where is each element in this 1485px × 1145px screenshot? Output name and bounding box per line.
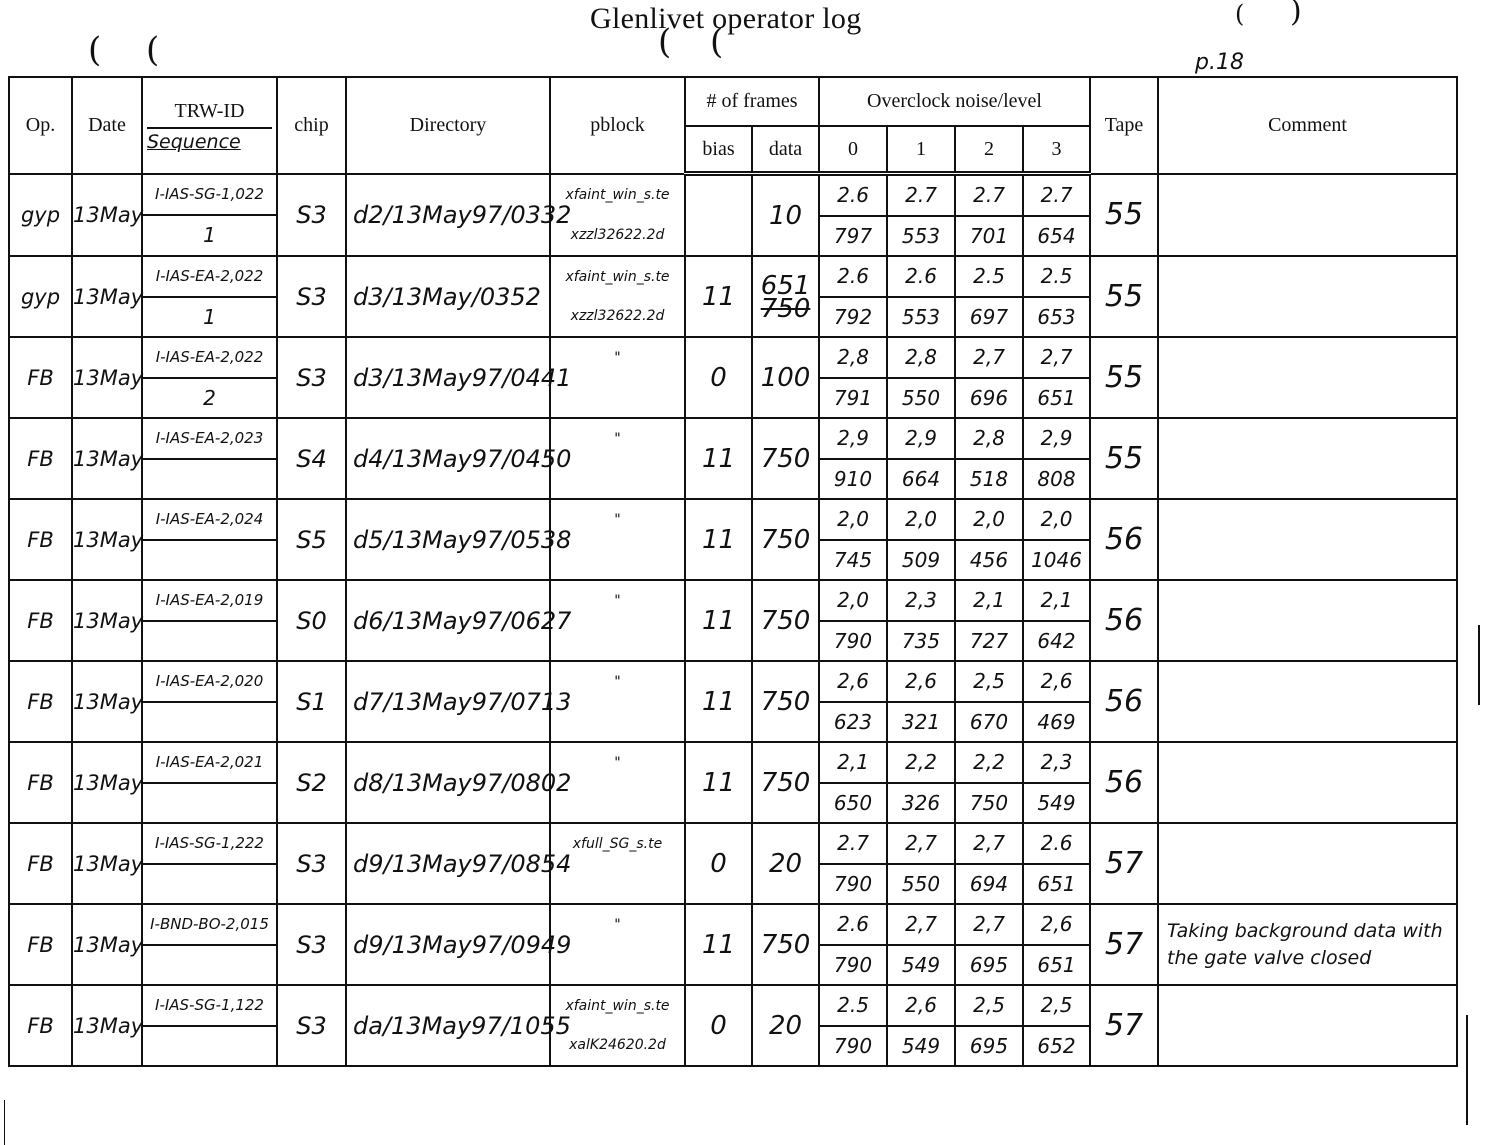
noise-value: 2,7	[888, 824, 954, 865]
pblock-cell: xfaint_win_s.te xzzl32622.2d	[550, 174, 685, 257]
level-value: 553	[888, 217, 954, 256]
directory-cell: d9/13May97/0854	[346, 823, 550, 904]
level-value: 456	[956, 541, 1022, 580]
data-frames-cell: 750	[752, 904, 819, 985]
comment-cell	[1158, 499, 1457, 580]
pblock-top-value: xfaint_win_s.te	[551, 986, 684, 1026]
trw-id-value: I-BND-BO-2,015	[143, 905, 276, 946]
overclock-cell-0: 2,1650	[819, 742, 887, 823]
chip-cell: S0	[277, 580, 346, 661]
pblock-cell: "	[550, 742, 685, 823]
pblock-top-value: "	[551, 662, 684, 702]
overclock-cell-1: 2,7550	[887, 823, 955, 904]
overclock-cell-3: 2,01046	[1023, 499, 1090, 580]
trw-id-value: I-IAS-EA-2,024	[143, 500, 276, 541]
data-frames-cell: 651 750	[752, 256, 819, 337]
level-value: 797	[820, 217, 886, 256]
overclock-cell-1: 2,0509	[887, 499, 955, 580]
overclock-cell-2: 2,7694	[955, 823, 1023, 904]
sequence-value	[143, 460, 276, 499]
data-frames-value: 10	[753, 204, 818, 228]
data-frames-cell: 750	[752, 742, 819, 823]
overclock-cell-3: 2,7651	[1023, 337, 1090, 418]
level-value: 696	[956, 379, 1022, 418]
scan-edge-line	[1478, 625, 1480, 705]
sequence-value: 2	[143, 379, 276, 418]
noise-value: 2.6	[820, 905, 886, 946]
overclock-cell-3: 2,3549	[1023, 742, 1090, 823]
pblock-top-value: "	[551, 743, 684, 783]
chip-cell: S5	[277, 499, 346, 580]
tape-cell: 56	[1090, 742, 1158, 823]
directory-cell: d9/13May97/0949	[346, 904, 550, 985]
noise-value: 2.7	[956, 176, 1022, 217]
overclock-cell-3: 2.6651	[1023, 823, 1090, 904]
level-value: 642	[1024, 622, 1089, 661]
trw-id-cell: I-IAS-EA-2,022 1	[142, 256, 277, 337]
pblock-bottom-value	[551, 540, 684, 580]
level-value: 321	[888, 703, 954, 742]
noise-value: 2,8	[888, 338, 954, 379]
trw-id-cell: I-IAS-EA-2,022 2	[142, 337, 277, 418]
noise-value: 2,5	[956, 662, 1022, 703]
overclock-cell-3: 2.7654	[1023, 174, 1090, 257]
level-value: 650	[820, 784, 886, 823]
pblock-bottom-value	[551, 621, 684, 661]
noise-value: 2,1	[956, 581, 1022, 622]
op-cell: gyp	[9, 256, 72, 337]
data-frames-value: 100	[753, 366, 818, 390]
overclock-cell-0: 2,6623	[819, 661, 887, 742]
noise-value: 2.7	[888, 176, 954, 217]
level-value: 735	[888, 622, 954, 661]
header-level-3: 3	[1023, 126, 1090, 174]
chip-cell: S3	[277, 256, 346, 337]
table-row: FB 13May I-IAS-EA-2,024 S5 d5/13May97/05…	[9, 499, 1457, 580]
noise-value: 2,9	[820, 419, 886, 460]
directory-cell: d3/13May/0352	[346, 256, 550, 337]
noise-value: 2,9	[888, 419, 954, 460]
table-row: gyp 13May I-IAS-SG-1,022 1 S3 d2/13May97…	[9, 174, 1457, 257]
op-cell: FB	[9, 499, 72, 580]
overclock-cell-3: 2,1642	[1023, 580, 1090, 661]
chip-cell: S3	[277, 174, 346, 257]
sequence-value	[143, 865, 276, 904]
data-frames-cell: 100	[752, 337, 819, 418]
header-date: Date	[72, 77, 142, 174]
directory-cell: d3/13May97/0441	[346, 337, 550, 418]
data-frames-cell: 750	[752, 499, 819, 580]
data-frames-cell: 20	[752, 823, 819, 904]
op-cell: FB	[9, 823, 72, 904]
header-bias: bias	[685, 126, 752, 174]
scan-edge-line	[4, 1100, 5, 1145]
data-frames-value: 750	[753, 690, 818, 714]
level-value: 670	[956, 703, 1022, 742]
level-value: 549	[888, 1027, 954, 1066]
chip-cell: S4	[277, 418, 346, 499]
level-value: 697	[956, 298, 1022, 337]
level-value: 469	[1024, 703, 1089, 742]
level-value: 509	[888, 541, 954, 580]
trw-id-cell: I-IAS-EA-2,023	[142, 418, 277, 499]
comment-cell	[1158, 823, 1457, 904]
document-title: Glenlivet operator log	[590, 2, 862, 36]
comment-cell	[1158, 174, 1457, 257]
level-value: 694	[956, 865, 1022, 904]
tape-cell: 57	[1090, 985, 1158, 1066]
overclock-cell-2: 2,7695	[955, 904, 1023, 985]
header-level-0: 0	[819, 126, 887, 174]
level-value: 791	[820, 379, 886, 418]
trw-id-value: I-IAS-EA-2,022	[143, 257, 276, 298]
noise-value: 2,0	[1024, 500, 1089, 541]
overclock-cell-0: 2,8791	[819, 337, 887, 418]
header-directory: Directory	[346, 77, 550, 174]
tape-cell: 57	[1090, 823, 1158, 904]
pblock-top-value: "	[551, 500, 684, 540]
table-row: FB 13May I-IAS-EA-2,023 S4 d4/13May97/04…	[9, 418, 1457, 499]
header-level-1: 1	[887, 126, 955, 174]
noise-value: 2,5	[1024, 986, 1089, 1027]
directory-cell: d4/13May97/0450	[346, 418, 550, 499]
level-value: 1046	[1024, 541, 1089, 580]
noise-value: 2,0	[820, 500, 886, 541]
directory-cell: d2/13May97/0332	[346, 174, 550, 257]
sequence-value: 1	[143, 298, 276, 337]
header-data: data	[752, 126, 819, 174]
noise-value: 2,9	[1024, 419, 1089, 460]
level-value: 653	[1024, 298, 1089, 337]
pblock-cell: xfull_SG_s.te	[550, 823, 685, 904]
bias-cell: 11	[685, 499, 752, 580]
noise-value: 2,2	[888, 743, 954, 784]
overclock-cell-1: 2,6549	[887, 985, 955, 1066]
bias-cell: 11	[685, 256, 752, 337]
table-row: FB 13May I-BND-BO-2,015 S3 d9/13May97/09…	[9, 904, 1457, 985]
scan-edge-line	[1466, 1015, 1468, 1125]
margin-mark: (	[710, 22, 723, 62]
overclock-cell-0: 2.6797	[819, 174, 887, 257]
trw-id-value: I-IAS-EA-2,019	[143, 581, 276, 622]
margin-mark: (	[1235, 0, 1244, 28]
level-value: 550	[888, 865, 954, 904]
noise-value: 2,7	[1024, 338, 1089, 379]
overclock-cell-1: 2,2326	[887, 742, 955, 823]
pblock-top-value: xfaint_win_s.te	[551, 257, 684, 297]
directory-cell: d5/13May97/0538	[346, 499, 550, 580]
trw-id-value: I-IAS-EA-2,022	[143, 338, 276, 379]
op-cell: FB	[9, 337, 72, 418]
noise-value: 2,6	[820, 662, 886, 703]
op-cell: gyp	[9, 174, 72, 257]
data-frames-cell: 750	[752, 418, 819, 499]
noise-value: 2.6	[888, 257, 954, 298]
bias-cell: 0	[685, 823, 752, 904]
margin-mark: (	[88, 30, 101, 70]
overclock-cell-2: 2.5697	[955, 256, 1023, 337]
table-row: FB 13May I-IAS-SG-1,222 S3 d9/13May97/08…	[9, 823, 1457, 904]
noise-value: 2.6	[820, 257, 886, 298]
level-value: 664	[888, 460, 954, 499]
comment-cell	[1158, 661, 1457, 742]
noise-value: 2,8	[820, 338, 886, 379]
level-value: 701	[956, 217, 1022, 256]
tape-cell: 56	[1090, 580, 1158, 661]
data-frames-value: 750	[753, 771, 818, 795]
bias-cell: 11	[685, 580, 752, 661]
table-row: FB 13May I-IAS-EA-2,021 S2 d8/13May97/08…	[9, 742, 1457, 823]
data-frames-cell: 750	[752, 580, 819, 661]
noise-value: 2,0	[820, 581, 886, 622]
pblock-top-value: "	[551, 905, 684, 945]
tape-cell: 55	[1090, 256, 1158, 337]
pblock-cell: "	[550, 337, 685, 418]
noise-value: 2,7	[888, 905, 954, 946]
overclock-cell-1: 2,7549	[887, 904, 955, 985]
pblock-cell: "	[550, 580, 685, 661]
sequence-value	[143, 703, 276, 742]
level-value: 550	[888, 379, 954, 418]
margin-mark: (	[146, 30, 159, 70]
data-frames-value: 750	[753, 609, 818, 633]
trw-id-cell: I-IAS-SG-1,222	[142, 823, 277, 904]
level-value: 651	[1024, 946, 1089, 985]
level-value: 549	[1024, 784, 1089, 823]
date-cell: 13May	[72, 904, 142, 985]
noise-value: 2.5	[956, 257, 1022, 298]
level-value: 792	[820, 298, 886, 337]
level-value: 654	[1024, 217, 1089, 256]
trw-id-cell: I-BND-BO-2,015	[142, 904, 277, 985]
operator-log-table: Op. Date TRW-ID Sequence chip Directory …	[8, 76, 1458, 1067]
op-cell: FB	[9, 418, 72, 499]
directory-cell: da/13May97/1055	[346, 985, 550, 1066]
trw-id-value: I-IAS-SG-1,122	[143, 986, 276, 1027]
tape-cell: 55	[1090, 174, 1158, 257]
data-frames-value: 750	[753, 528, 818, 552]
overclock-cell-1: 2,9664	[887, 418, 955, 499]
page-number-mark: p.18	[1195, 50, 1244, 75]
level-value: 652	[1024, 1027, 1089, 1066]
noise-value: 2,6	[888, 662, 954, 703]
noise-value: 2,7	[956, 905, 1022, 946]
sequence-value	[143, 1027, 276, 1066]
bias-cell: 11	[685, 661, 752, 742]
level-value: 727	[956, 622, 1022, 661]
overclock-cell-3: 2.5653	[1023, 256, 1090, 337]
trw-id-value: I-IAS-SG-1,022	[143, 175, 276, 216]
comment-cell	[1158, 418, 1457, 499]
trw-id-cell: I-IAS-EA-2,020	[142, 661, 277, 742]
trw-id-value: I-IAS-EA-2,020	[143, 662, 276, 703]
noise-value: 2.5	[820, 986, 886, 1027]
level-value: 651	[1024, 379, 1089, 418]
tape-cell: 56	[1090, 661, 1158, 742]
header-frames: # of frames	[685, 77, 819, 126]
tape-cell: 55	[1090, 418, 1158, 499]
overclock-cell-2: 2,8518	[955, 418, 1023, 499]
overclock-cell-0: 2.5790	[819, 985, 887, 1066]
noise-value: 2,3	[888, 581, 954, 622]
date-cell: 13May	[72, 418, 142, 499]
noise-value: 2.6	[820, 176, 886, 217]
level-value: 790	[820, 622, 886, 661]
pblock-top-value: "	[551, 581, 684, 621]
level-value: 326	[888, 784, 954, 823]
noise-value: 2,6	[1024, 905, 1089, 946]
pblock-bottom-value	[551, 783, 684, 823]
level-value: 695	[956, 1027, 1022, 1066]
table-row: gyp 13May I-IAS-EA-2,022 1 S3 d3/13May/0…	[9, 256, 1457, 337]
pblock-bottom-value: xzzl32622.2d	[551, 215, 684, 255]
header-sequence-label: Sequence	[143, 129, 276, 155]
sequence-value	[143, 622, 276, 661]
level-value: 651	[1024, 865, 1089, 904]
level-value: 695	[956, 946, 1022, 985]
overclock-cell-2: 2,5695	[955, 985, 1023, 1066]
comment-cell	[1158, 256, 1457, 337]
date-cell: 13May	[72, 337, 142, 418]
header-pblock: pblock	[550, 77, 685, 174]
bias-cell: 11	[685, 904, 752, 985]
bias-cell	[685, 174, 752, 257]
trw-id-value: I-IAS-EA-2,023	[143, 419, 276, 460]
data-frames-value: 20	[753, 852, 818, 876]
date-cell: 13May	[72, 174, 142, 257]
sequence-value	[143, 541, 276, 580]
level-value: 518	[956, 460, 1022, 499]
noise-value: 2,7	[956, 824, 1022, 865]
sequence-value	[143, 784, 276, 823]
date-cell: 13May	[72, 985, 142, 1066]
sequence-value: 1	[143, 216, 276, 255]
trw-id-cell: I-IAS-EA-2,019	[142, 580, 277, 661]
header-trw-id-label: TRW-ID	[147, 96, 272, 129]
chip-cell: S3	[277, 904, 346, 985]
header-level-2: 2	[955, 126, 1023, 174]
overclock-cell-2: 2,0456	[955, 499, 1023, 580]
noise-value: 2,6	[1024, 662, 1089, 703]
trw-id-cell: I-IAS-SG-1,022 1	[142, 174, 277, 257]
pblock-bottom-value	[551, 945, 684, 985]
overclock-cell-3: 2,5652	[1023, 985, 1090, 1066]
overclock-cell-2: 2.7701	[955, 174, 1023, 257]
level-value: 910	[820, 460, 886, 499]
noise-value: 2,3	[1024, 743, 1089, 784]
data-frames-cell: 10	[752, 174, 819, 257]
directory-cell: d6/13May97/0627	[346, 580, 550, 661]
level-value: 549	[888, 946, 954, 985]
tape-cell: 56	[1090, 499, 1158, 580]
overclock-cell-0: 2,9910	[819, 418, 887, 499]
pblock-cell: "	[550, 904, 685, 985]
op-cell: FB	[9, 580, 72, 661]
data-frames-cell: 750	[752, 661, 819, 742]
overclock-cell-2: 2,5670	[955, 661, 1023, 742]
data-frames-value: 750	[753, 447, 818, 471]
level-value: 750	[956, 784, 1022, 823]
op-cell: FB	[9, 985, 72, 1066]
noise-value: 2.5	[1024, 257, 1089, 298]
date-cell: 13May	[72, 256, 142, 337]
comment-cell	[1158, 580, 1457, 661]
trw-id-cell: I-IAS-SG-1,122	[142, 985, 277, 1066]
level-value: 790	[820, 865, 886, 904]
margin-mark: (	[658, 22, 671, 62]
header-trw-id: TRW-ID Sequence	[142, 77, 277, 174]
op-cell: FB	[9, 742, 72, 823]
pblock-bottom-value	[551, 459, 684, 499]
comment-cell	[1158, 985, 1457, 1066]
trw-id-value: I-IAS-EA-2,021	[143, 743, 276, 784]
pblock-bottom-value: xzzl32622.2d	[551, 297, 684, 337]
overclock-cell-0: 2.6792	[819, 256, 887, 337]
pblock-bottom-value	[551, 702, 684, 742]
pblock-top-value: xfull_SG_s.te	[551, 824, 684, 864]
noise-value: 2,7	[956, 338, 1022, 379]
pblock-cell: "	[550, 418, 685, 499]
sequence-value	[143, 946, 276, 985]
chip-cell: S2	[277, 742, 346, 823]
overclock-cell-1: 2,3735	[887, 580, 955, 661]
pblock-cell: "	[550, 499, 685, 580]
op-cell: FB	[9, 661, 72, 742]
chip-cell: S3	[277, 823, 346, 904]
overclock-cell-2: 2,1727	[955, 580, 1023, 661]
noise-value: 2,8	[956, 419, 1022, 460]
op-cell: FB	[9, 904, 72, 985]
header-op: Op.	[9, 77, 72, 174]
bias-cell: 11	[685, 742, 752, 823]
noise-value: 2,1	[820, 743, 886, 784]
bias-cell: 0	[685, 985, 752, 1066]
pblock-bottom-value	[551, 378, 684, 418]
noise-value: 2,2	[956, 743, 1022, 784]
noise-value: 2,0	[888, 500, 954, 541]
header-comment: Comment	[1158, 77, 1457, 174]
overclock-cell-2: 2,7696	[955, 337, 1023, 418]
margin-mark: )	[1290, 0, 1302, 29]
overclock-cell-1: 2.6553	[887, 256, 955, 337]
directory-cell: d7/13May97/0713	[346, 661, 550, 742]
pblock-bottom-value: xalK24620.2d	[551, 1026, 684, 1066]
table-row: FB 13May I-IAS-EA-2,019 S0 d6/13May97/06…	[9, 580, 1457, 661]
overclock-cell-1: 2,8550	[887, 337, 955, 418]
overclock-cell-3: 2,6651	[1023, 904, 1090, 985]
data-frames-struck-value: 750	[753, 298, 818, 320]
data-frames-value: 20	[753, 1014, 818, 1038]
trw-id-cell: I-IAS-EA-2,021	[142, 742, 277, 823]
overclock-cell-0: 2,0745	[819, 499, 887, 580]
header-overclock: Overclock noise/level	[819, 77, 1090, 126]
level-value: 790	[820, 946, 886, 985]
pblock-top-value: xfaint_win_s.te	[551, 175, 684, 215]
data-frames-cell: 20	[752, 985, 819, 1066]
date-cell: 13May	[72, 823, 142, 904]
header-tape: Tape	[1090, 77, 1158, 174]
noise-value: 2.7	[1024, 176, 1089, 217]
level-value: 623	[820, 703, 886, 742]
chip-cell: S1	[277, 661, 346, 742]
chip-cell: S3	[277, 985, 346, 1066]
overclock-cell-0: 2.7790	[819, 823, 887, 904]
pblock-cell: "	[550, 661, 685, 742]
pblock-cell: xfaint_win_s.te xzzl32622.2d	[550, 256, 685, 337]
data-frames-value: 750	[753, 933, 818, 957]
date-cell: 13May	[72, 499, 142, 580]
overclock-cell-1: 2,6321	[887, 661, 955, 742]
